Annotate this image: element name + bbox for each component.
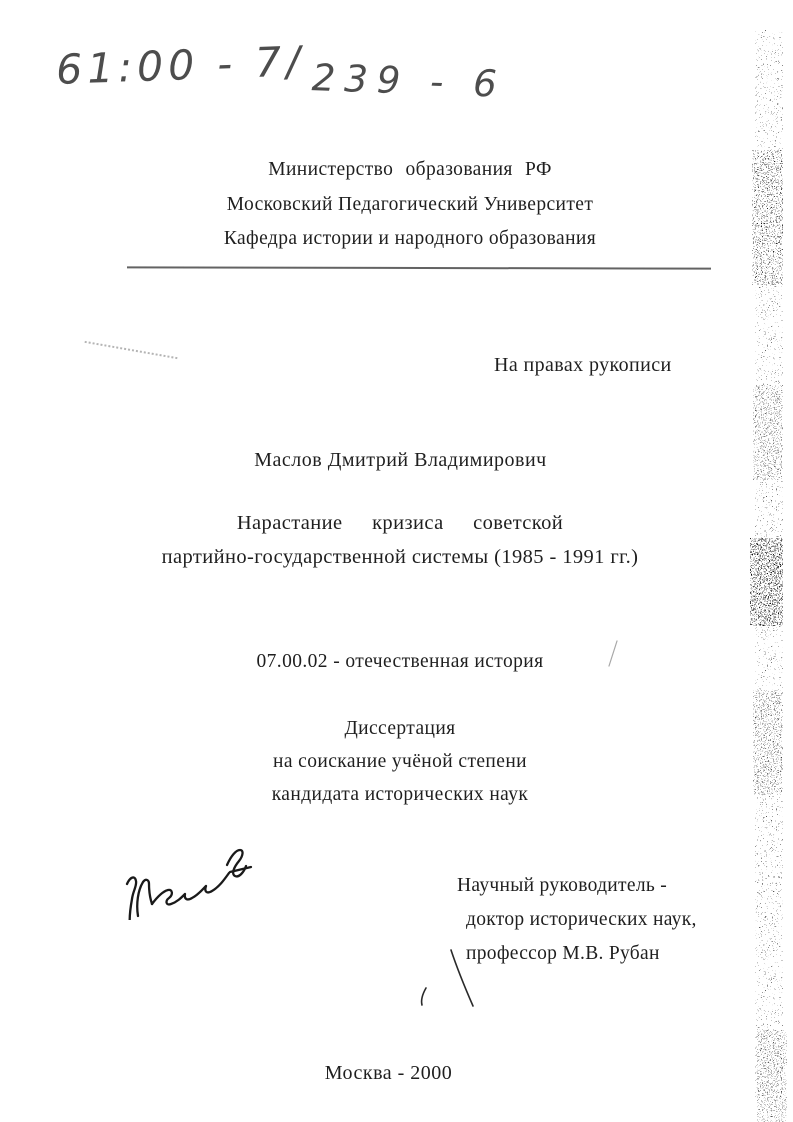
handwritten-catalog-number: 61:00 - 7/239 - 6	[55, 30, 505, 94]
university-line: Московский Педагогический Университет	[20, 188, 793, 223]
institution-header: Министерство образования РФ Московский П…	[20, 153, 793, 257]
thesis-line1: Диссертация	[0, 712, 793, 745]
thesis-line2: на соискание учёной степени	[0, 745, 793, 778]
department-line: Кафедра истории и народного образования	[20, 222, 793, 257]
scanned-title-page: 61:00 - 7/239 - 6 Министерство образован…	[0, 0, 793, 1122]
specialty-code: 07.00.02 - отечественная история	[0, 651, 793, 673]
supervisor-line1: Научный руководитель -	[457, 869, 697, 903]
ministry-line: Министерство образования РФ	[20, 153, 793, 188]
manuscript-rights-note: На правах рукописи	[494, 354, 672, 377]
signature-stroke-middle	[152, 873, 229, 904]
scan-noise-cluster-lower	[753, 690, 782, 795]
supervisor-line3: профессор М.В. Рубан	[466, 937, 697, 971]
scan-noise-cluster-bottom	[757, 1030, 787, 1122]
author-name: Маслов Дмитрий Владимирович	[4, 449, 793, 472]
author-signature	[114, 820, 254, 920]
scan-noise-cluster-mid	[750, 538, 783, 626]
catalog-number-part2: 239 - 6	[311, 56, 506, 106]
thesis-line3: кандидата исторических наук	[0, 778, 793, 811]
horizontal-rule	[127, 266, 711, 269]
signature-stroke-left	[127, 877, 136, 920]
scan-noise-cluster-top	[752, 150, 783, 285]
scan-noise-cluster-upper-mid	[753, 385, 782, 480]
signature-stroke-m	[137, 880, 152, 916]
city-year: Москва - 2000	[0, 1062, 785, 1085]
pen-mark-tick	[418, 986, 432, 1008]
thesis-description: Диссертация на соискание учёной степени …	[0, 712, 793, 811]
scan-noise-band	[745, 0, 793, 1122]
catalog-number-part1: 61:00 - 7/	[55, 37, 305, 94]
scan-scratch-line	[85, 341, 178, 359]
supervisor-block: Научный руководитель - доктор историческ…	[457, 869, 697, 971]
supervisor-line2: доктор исторических наук,	[466, 903, 697, 937]
dissertation-title-line2: партийно-государственной системы (1985 -…	[0, 546, 793, 569]
dissertation-title-line1: Нарастание кризиса советской	[0, 512, 793, 535]
